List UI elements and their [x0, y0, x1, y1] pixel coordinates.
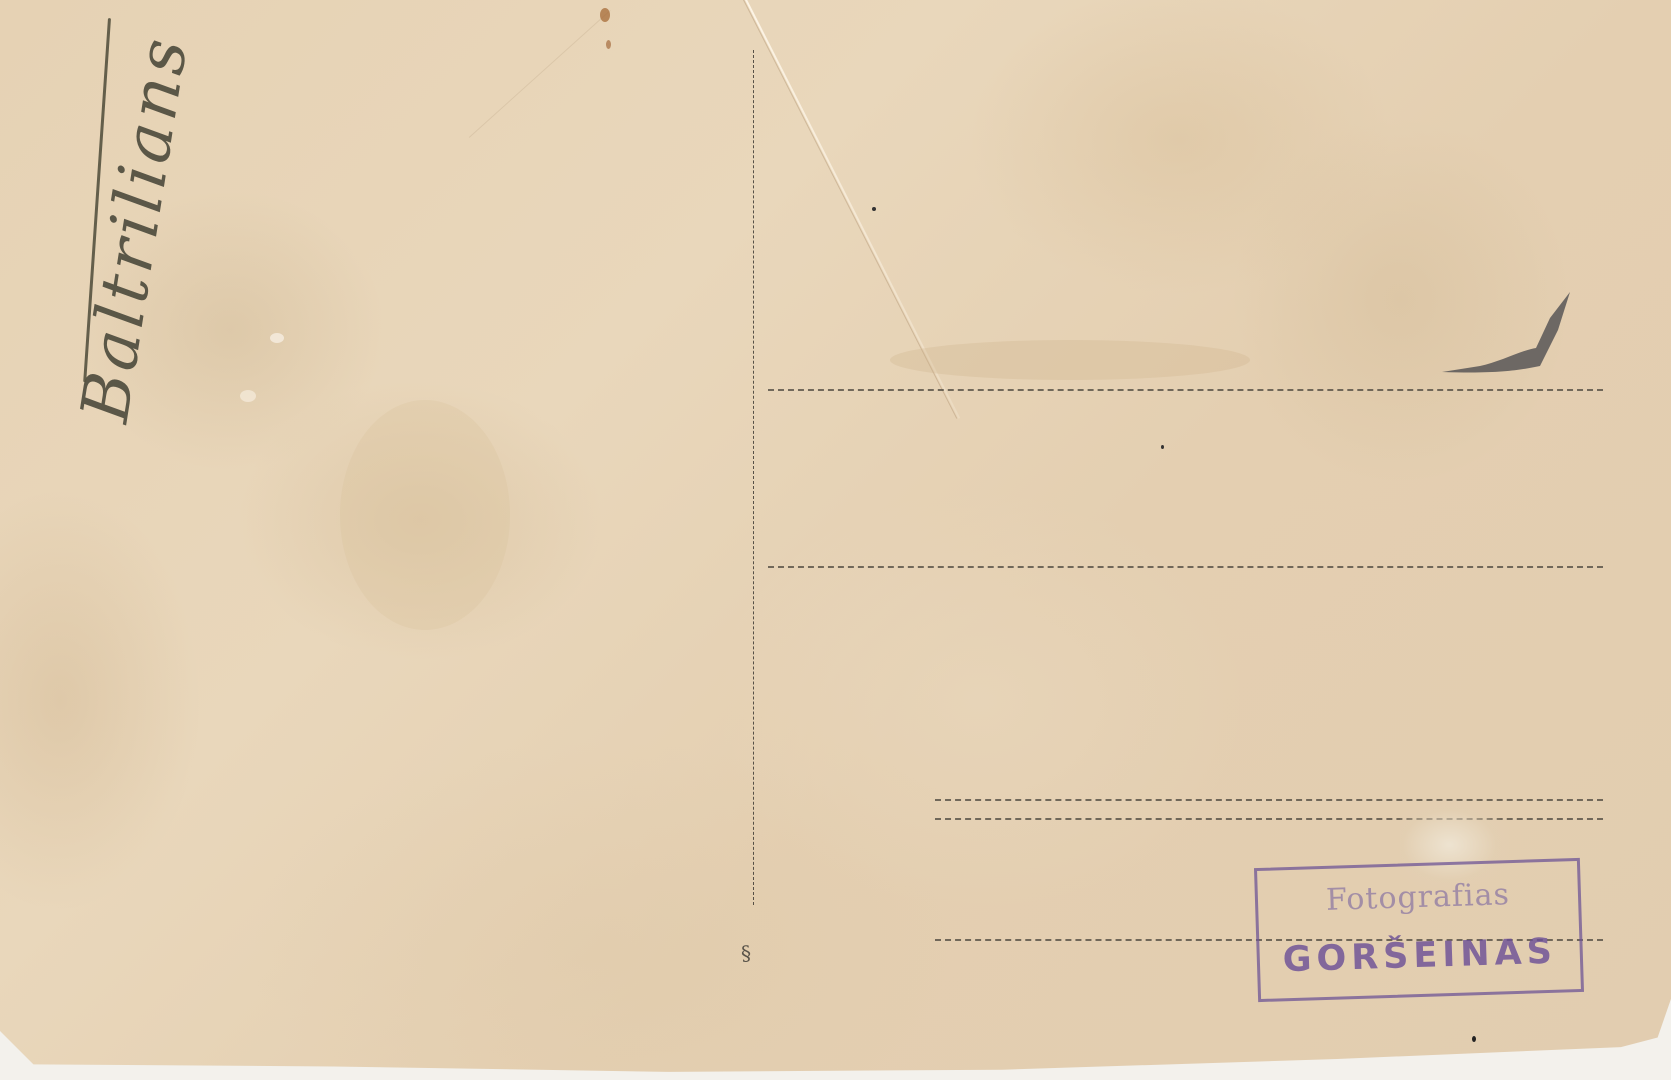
photographer-stamp: Fotografias GORŠEINAS [1254, 858, 1584, 1002]
center-divider [753, 50, 754, 905]
fold-shadow-left [469, 10, 611, 138]
stain [240, 390, 256, 402]
stain [1472, 1036, 1476, 1042]
stain [600, 8, 610, 22]
stain [340, 400, 510, 630]
stamp-line-2: GORŠEINAS [1259, 931, 1580, 981]
postcard-scan: Baltrilians § Fotografias GORŠEINAS [0, 0, 1671, 1080]
stain [270, 333, 284, 343]
stain [872, 207, 876, 211]
stamp-line-1: Fotografias [1258, 875, 1579, 920]
stain [1161, 445, 1164, 449]
stain [606, 40, 611, 49]
stain [890, 340, 1250, 380]
section-mark: § [740, 941, 752, 966]
address-line-2 [768, 566, 1603, 568]
pencil-mark [1440, 288, 1580, 398]
postcard-back: Baltrilians § Fotografias GORŠEINAS [0, 0, 1671, 1074]
